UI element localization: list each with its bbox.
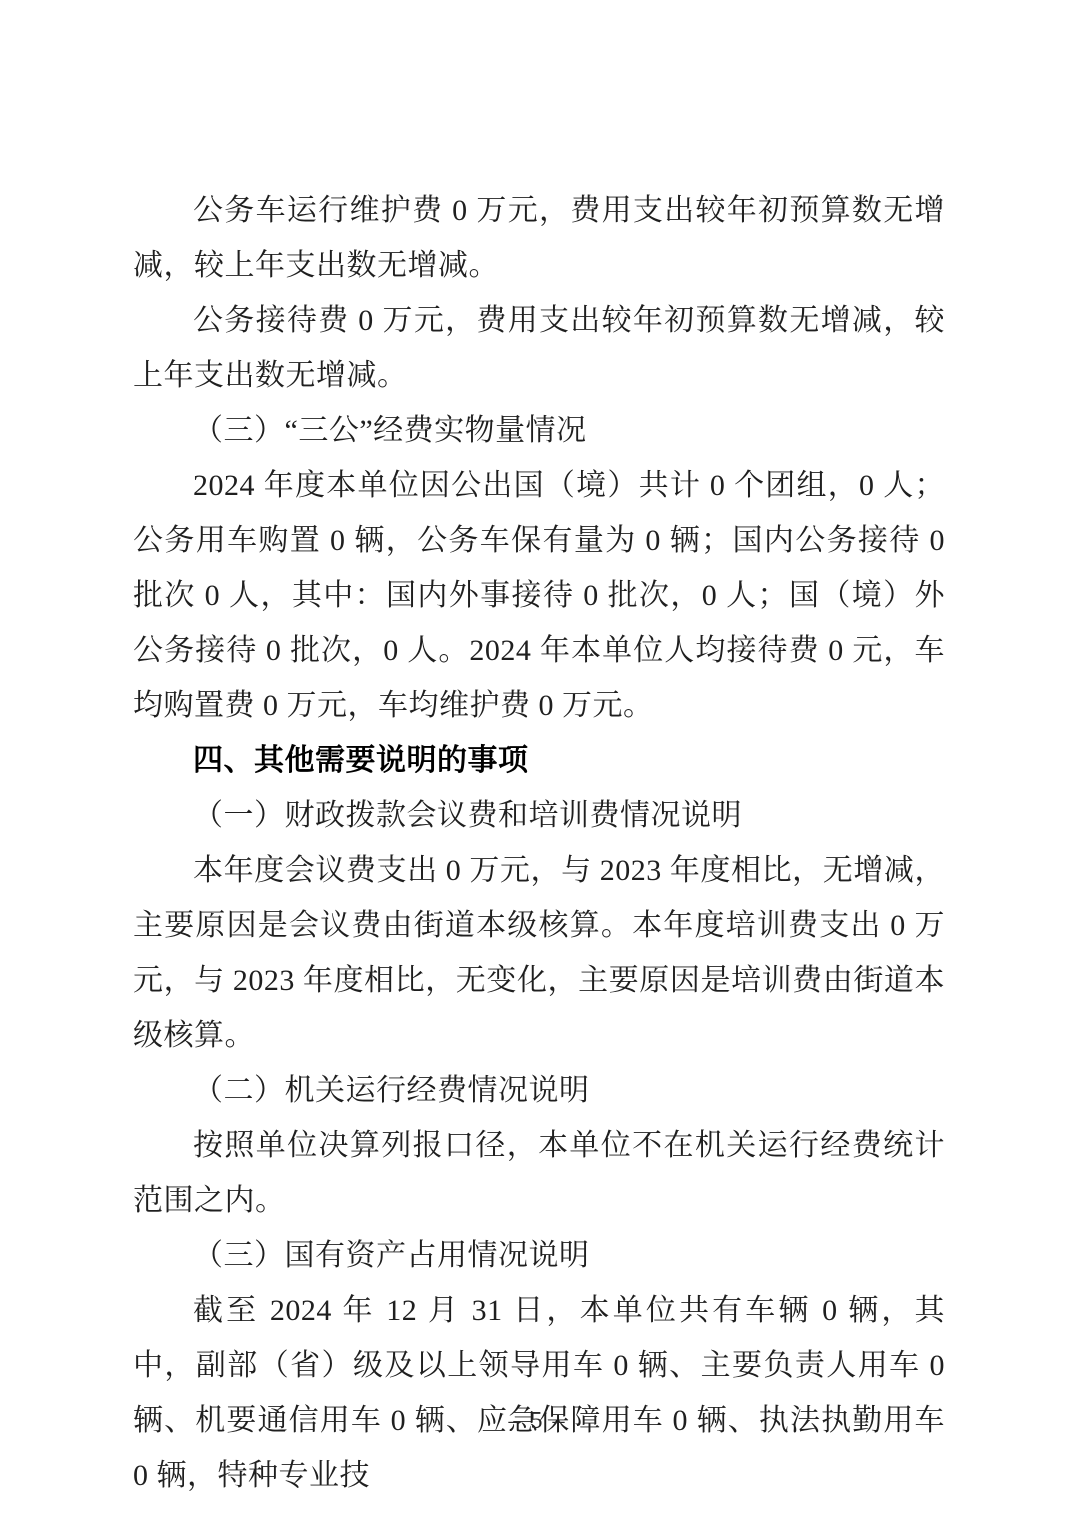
page-number: – 5 – (509, 1408, 567, 1434)
heading-meeting-training-fees: （一）财政拨款会议费和培训费情况说明 (133, 788, 945, 843)
para-agency-operating-expenses: 按照单位决算列报口径，本单位不在机关运行经费统计范围之内。 (133, 1118, 945, 1228)
para-official-reception-fee: 公务接待费 0 万元，费用支出较年初预算数无增减，较上年支出数无增减。 (133, 293, 945, 403)
heading-state-assets-occupancy: （三）国有资产占用情况说明 (133, 1228, 945, 1283)
document-page: 公务车运行维护费 0 万元，费用支出较年初预算数无增减，较上年支出数无增减。 公… (0, 0, 1075, 1520)
page-footer: – 5 – (0, 1408, 1075, 1435)
heading-other-matters: 四、其他需要说明的事项 (133, 733, 945, 788)
heading-agency-operating-expenses: （二）机关运行经费情况说明 (133, 1063, 945, 1118)
para-vehicle-maintenance-fee: 公务车运行维护费 0 万元，费用支出较年初预算数无增减，较上年支出数无增减。 (133, 183, 945, 293)
para-state-assets-vehicles: 截至 2024 年 12 月 31 日，本单位共有车辆 0 辆，其中，副部（省）… (133, 1283, 945, 1503)
para-three-public-statistics: 2024 年度本单位因公出国（境）共计 0 个团组，0 人；公务用车购置 0 辆… (133, 458, 945, 733)
document-content: 公务车运行维护费 0 万元，费用支出较年初预算数无增减，较上年支出数无增减。 公… (133, 183, 945, 1503)
heading-three-public-physical-quantities: （三）“三公”经费实物量情况 (133, 403, 945, 458)
para-meeting-training-fees: 本年度会议费支出 0 万元，与 2023 年度相比，无增减，主要原因是会议费由街… (133, 843, 945, 1063)
